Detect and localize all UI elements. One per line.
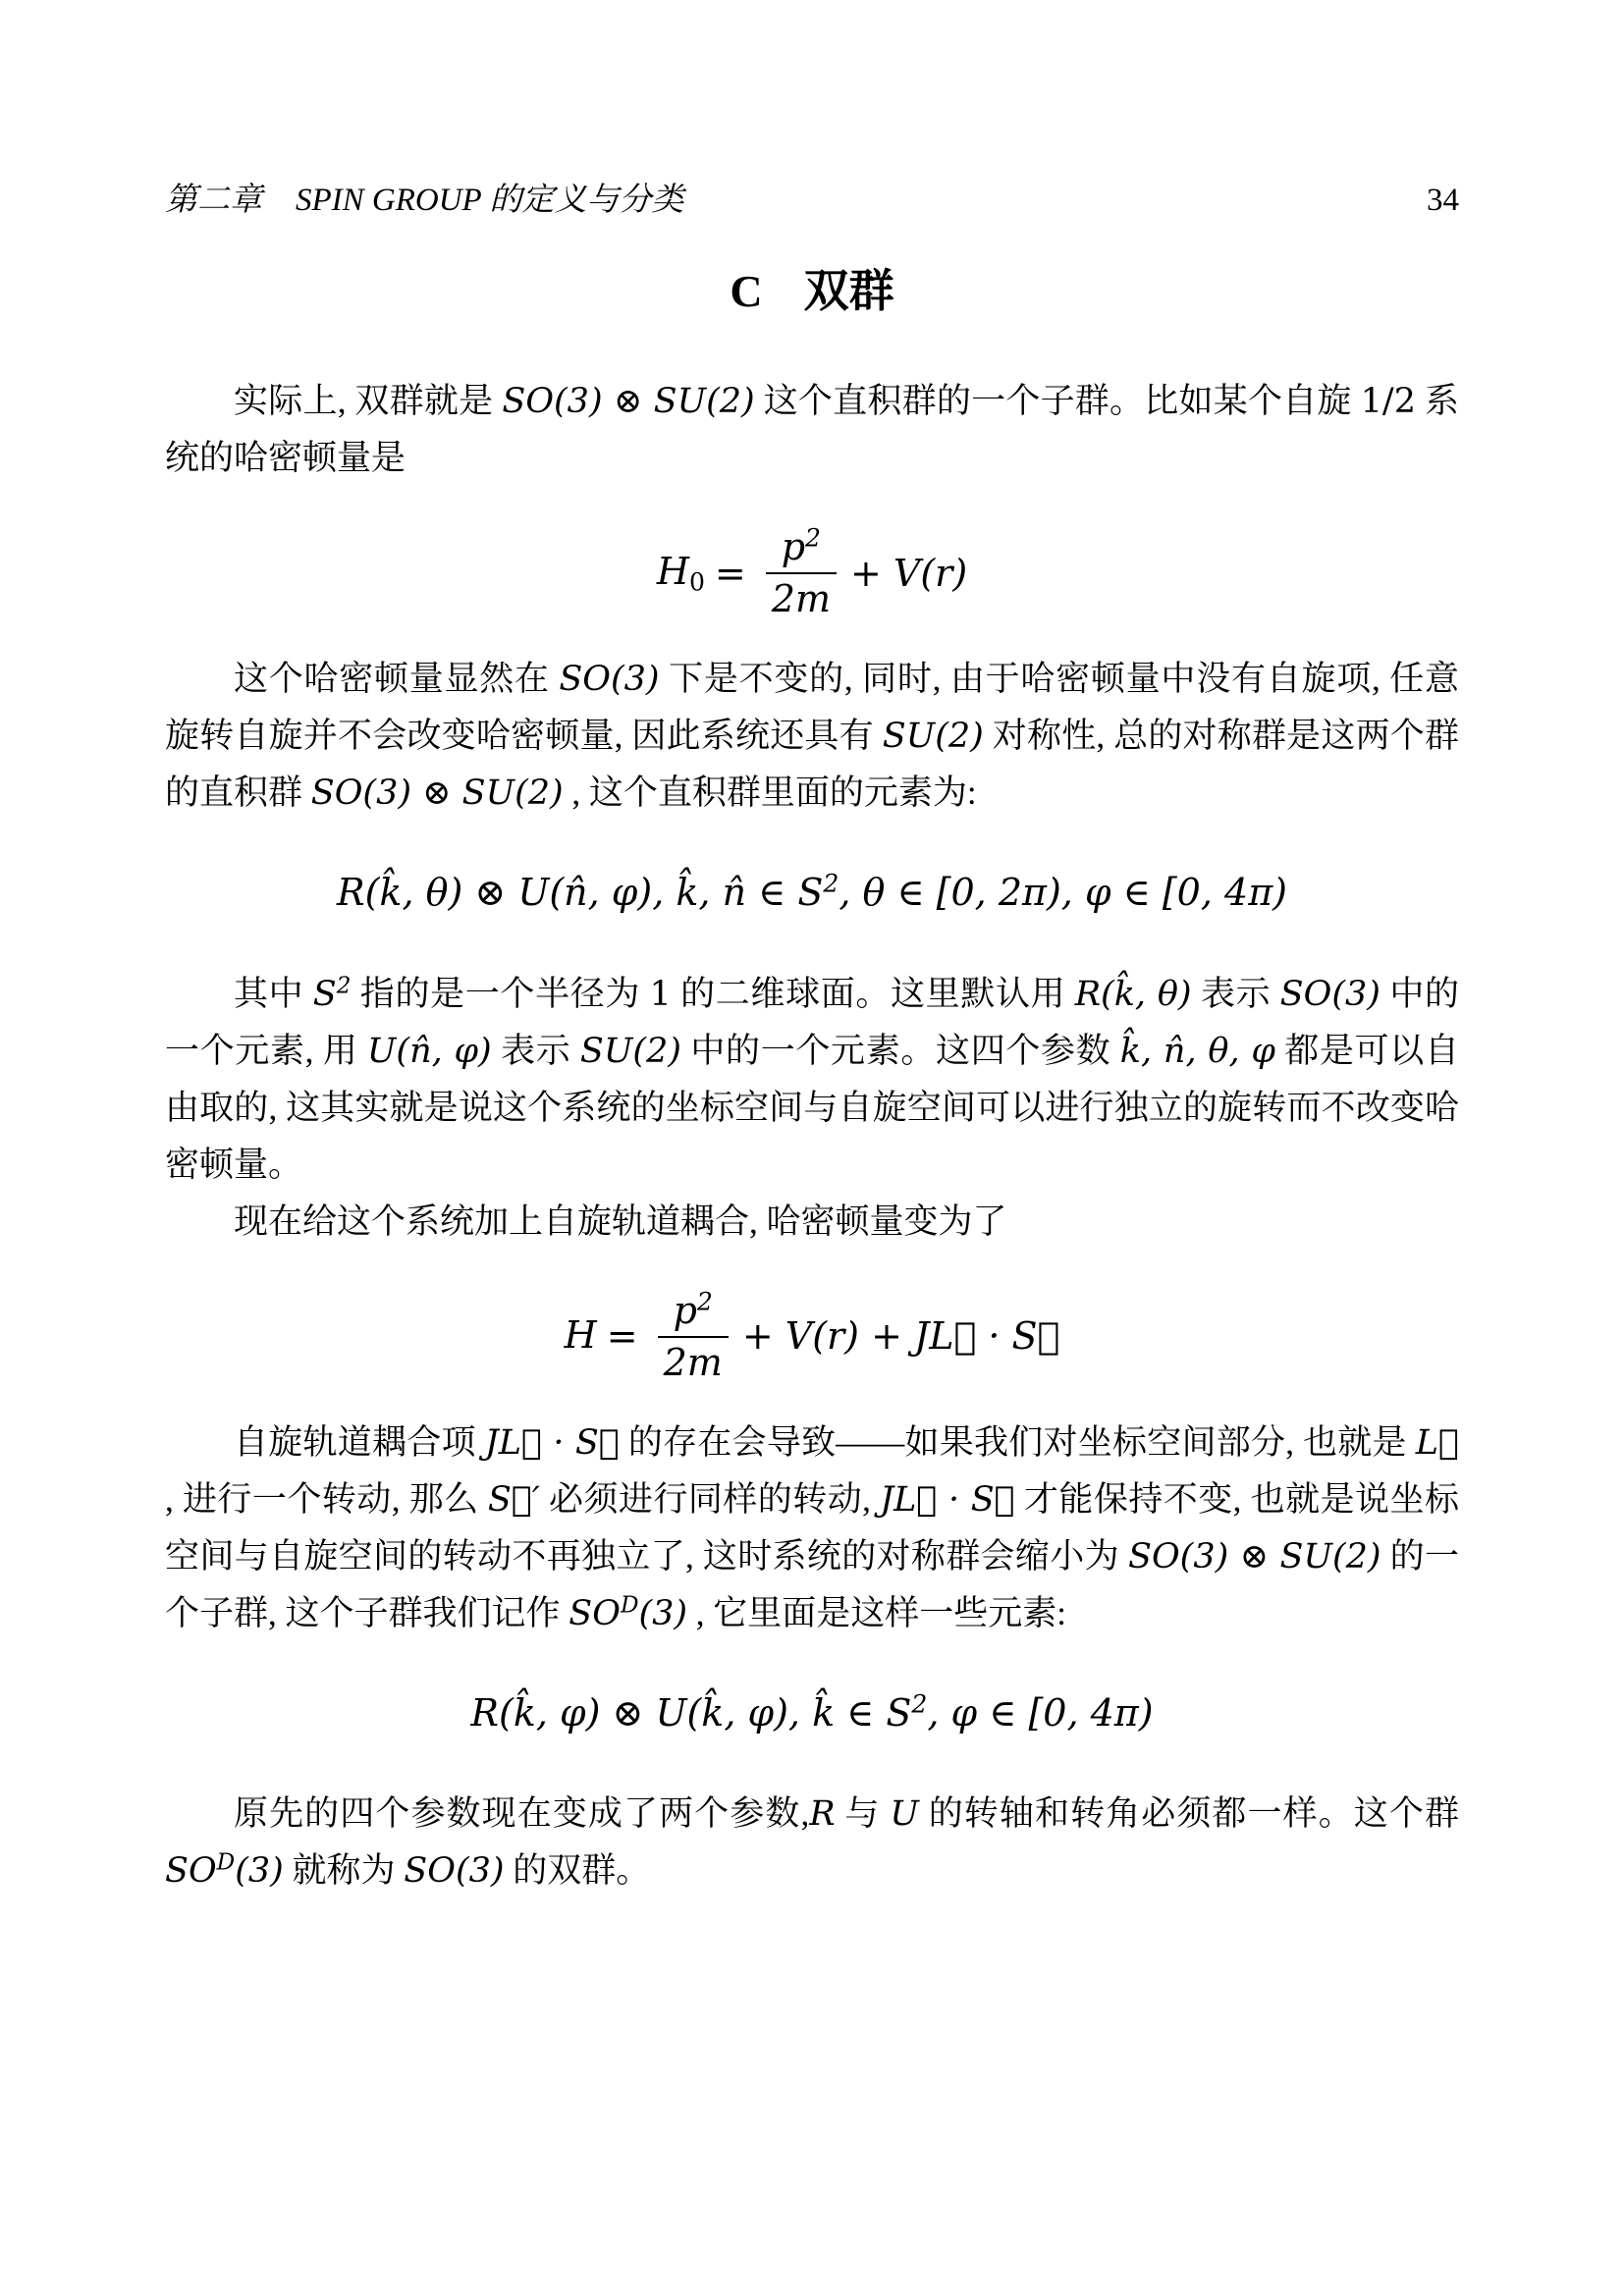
math-run: D	[217, 1850, 236, 1876]
equation-hamiltonian-coupled: H = p2 2m + V(r) + JL⃗ · S⃗	[165, 1290, 1459, 1385]
fraction-numerator: p2	[658, 1290, 729, 1337]
text-run: 中的一个元素。这四个参数	[681, 1032, 1120, 1070]
equation-rhs: + V(r)	[850, 553, 967, 596]
math-run: SO(3) ⊗ SU(2)	[1128, 1537, 1381, 1576]
paragraph-coupling-effect: 自旋轨道耦合项 JL⃗ · S⃗ 的存在会导致——如果我们对坐标空间部分, 也就…	[165, 1415, 1459, 1642]
equation-lhs: H0	[657, 551, 705, 597]
chapter-title: SPIN GROUP 的定义与分类	[296, 183, 683, 218]
section-name: 双群	[804, 266, 894, 316]
document-page: 第二章SPIN GROUP 的定义与分类 34 C双群 实际上, 双群就是 SO…	[0, 0, 1624, 2296]
fraction-denominator: 2m	[658, 1336, 729, 1385]
fraction: p2 2m	[766, 526, 837, 621]
math-run: SO	[568, 1594, 621, 1633]
equation-lhs-base: H	[657, 550, 689, 593]
running-header: 第二章SPIN GROUP 的定义与分类 34	[165, 182, 1459, 221]
math-run: S	[313, 975, 337, 1014]
text-run: 的二维球面。这里默认用	[672, 975, 1075, 1013]
math-run: (3)	[638, 1594, 687, 1633]
text-run: 指的是一个半径为	[351, 975, 649, 1013]
math-run: SO	[165, 1851, 217, 1891]
text-run: 实际上, 双群就是	[234, 382, 502, 420]
section-letter: C	[730, 266, 762, 316]
math-run: SO(3) ⊗ SU(2)	[502, 382, 754, 421]
fraction: p2 2m	[658, 1290, 729, 1385]
equation-double-group-elements: R(k̂, φ) ⊗ U(k̂, φ), k̂ ∈ S2, φ ∈ [0, 4π…	[165, 1689, 1459, 1738]
math-run: , φ ∈ [0, 4π)	[927, 1691, 1153, 1735]
math-run: SO(3)	[1280, 975, 1380, 1014]
equation-hamiltonian-h0: H0 = p2 2m + V(r)	[165, 526, 1459, 621]
equals-sign: =	[607, 1315, 638, 1359]
text-run: , 进行一个转动, 那么	[165, 1480, 488, 1519]
math-run: SU(2)	[883, 717, 984, 756]
math-run: JL⃗ · S⃗	[880, 1480, 1015, 1520]
math-run: R(k̂, θ) ⊗ U(n̂, φ), k̂, n̂ ∈ S	[337, 871, 823, 914]
equation-lhs-base: H	[565, 1313, 597, 1357]
text-run: 这个直积群的一个子群。比如某个自旋	[755, 382, 1361, 420]
numerator-exponent: 2	[697, 1287, 713, 1315]
text-run: 必须进行同样的转动,	[540, 1480, 880, 1519]
text-run: 的存在会导致——如果我们对坐标空间部分, 也就是	[620, 1423, 1416, 1462]
math-run: U(n̂, φ)	[367, 1032, 492, 1071]
paragraph-conclusion: 原先的四个参数现在变成了两个参数,R 与 U 的转轴和转角必须都一样。这个群 S…	[165, 1786, 1459, 1899]
numerator-base: p	[782, 525, 805, 568]
math-run: SO(3) ⊗ SU(2)	[311, 774, 564, 813]
paragraph-symmetry: 这个哈密顿量显然在 SO(3) 下是不变的, 同时, 由于哈密顿量中没有自旋项,…	[165, 651, 1459, 822]
math-run: 2	[911, 1689, 927, 1718]
text-run: , 它里面是这样一些元素:	[687, 1594, 1066, 1632]
math-run: 1	[649, 975, 671, 1014]
text-run: , 这个直积群里面的元素为:	[564, 774, 977, 812]
math-run: JL⃗ · S⃗	[485, 1423, 620, 1463]
equation-rhs: + V(r) + JL⃗ · S⃗	[742, 1315, 1060, 1359]
text-run: 表示	[492, 1032, 580, 1070]
equation-lhs: H	[565, 1314, 597, 1361]
paragraph-intro: 实际上, 双群就是 SO(3) ⊗ SU(2) 这个直积群的一个子群。比如某个自…	[165, 373, 1459, 487]
chapter-heading: 第二章SPIN GROUP 的定义与分类	[165, 182, 683, 221]
text-run: 表示	[1192, 975, 1280, 1013]
math-run: D	[621, 1592, 639, 1618]
math-run: R(k̂, φ) ⊗ U(k̂, φ), k̂ ∈ S	[470, 1691, 911, 1735]
math-run: SO(3)	[404, 1851, 504, 1891]
equation-group-elements: R(k̂, θ) ⊗ U(n̂, φ), k̂, n̂ ∈ S2, θ ∈ [0…	[165, 869, 1459, 918]
paragraph-parameters: 其中 S2 指的是一个半径为 1 的二维球面。这里默认用 R(k̂, θ) 表示…	[165, 966, 1459, 1194]
math-run: (3)	[235, 1851, 284, 1891]
text-run: 的双群。	[505, 1851, 651, 1890]
equals-sign: =	[715, 553, 746, 596]
text-run: 与	[836, 1794, 891, 1833]
chapter-number: 第二章	[165, 183, 262, 218]
fraction-numerator: p2	[766, 526, 837, 573]
text-run: 现在给这个系统加上自旋轨道耦合, 哈密顿量变为了	[234, 1202, 1007, 1241]
math-run: SO(3)	[559, 660, 659, 699]
section-title: C双群	[165, 264, 1459, 318]
math-run: L⃗	[1416, 1423, 1459, 1463]
math-run: k̂, n̂, θ, φ	[1120, 1032, 1275, 1071]
math-run: 2	[823, 870, 839, 898]
math-run: 2	[337, 973, 352, 998]
numerator-exponent: 2	[805, 523, 821, 552]
math-run: 1/2	[1361, 382, 1416, 421]
text-run: 这个哈密顿量显然在	[234, 660, 559, 698]
math-run: , θ ∈ [0, 2π), φ ∈ [0, 4π)	[839, 871, 1287, 914]
text-run: 原先的四个参数现在变成了两个参数,	[234, 1794, 809, 1833]
math-run: U	[890, 1794, 919, 1834]
paragraph-spin-orbit: 现在给这个系统加上自旋轨道耦合, 哈密顿量变为了	[165, 1194, 1459, 1251]
text-run: 自旋轨道耦合项	[234, 1423, 485, 1462]
equation-lhs-subscript: 0	[689, 567, 705, 596]
math-run: S⃗′	[488, 1480, 540, 1520]
numerator-base: p	[674, 1289, 697, 1332]
math-run: R(k̂, θ)	[1075, 975, 1192, 1014]
math-run: SU(2)	[580, 1032, 681, 1071]
text-run: 的转轴和转角必须都一样。这个群	[919, 1794, 1459, 1833]
text-run: 其中	[234, 975, 313, 1013]
page-number: 34	[1427, 182, 1459, 221]
text-run: 就称为	[284, 1851, 405, 1890]
fraction-denominator: 2m	[766, 572, 837, 621]
math-run: R	[809, 1794, 835, 1834]
